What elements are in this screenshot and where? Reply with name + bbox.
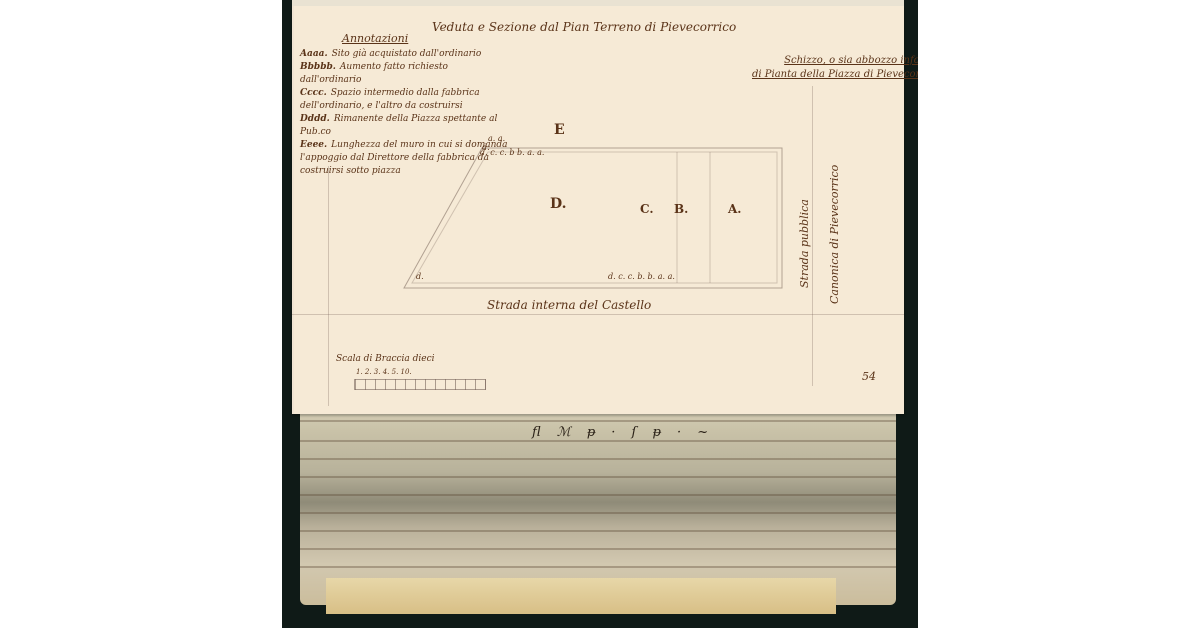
annotation-item: Dddd.Rimanente della Piazza spettante al… <box>300 113 510 139</box>
plan-marks-top-e: a. a. <box>488 134 505 143</box>
plan-marks-bottom: d. c. c. b. b. a. a. <box>608 272 675 281</box>
plan-corner-bottom-left: d. <box>416 272 424 281</box>
scale-label: Scala di Braccia dieci <box>336 354 435 364</box>
margin-rule <box>328 166 329 406</box>
book-cover-edge <box>326 578 836 614</box>
annotation-item: Aaaa.Sito già acquistato dall'ordinario <box>300 48 510 61</box>
plan-label-e: E <box>554 122 565 138</box>
road-label-bottom: Strada interna del Castello <box>487 298 651 312</box>
vertical-rule <box>812 86 813 386</box>
road-label-right: Strada pubblica <box>798 199 811 288</box>
plan-label-c: C. <box>640 202 654 216</box>
annotations-heading: Annotazioni <box>342 32 408 45</box>
sketch-title: Schizzo, o sia abbozzo informe di Pianta… <box>752 54 918 82</box>
plan-label-b: B. <box>674 202 688 216</box>
scale-bar <box>354 379 486 390</box>
page-edge-marks: ﬂ ℳ ᵽ · ſ ᵽ · ~ <box>532 425 714 440</box>
document-title: Veduta e Sezione dal Pian Terreno di Pie… <box>432 20 736 34</box>
manuscript-photo: ﬂ ℳ ᵽ · ſ ᵽ · ~ Veduta e Sezione dal Pia… <box>282 0 918 628</box>
plan-label-a: A. <box>728 202 742 216</box>
scale-numbers: 1. 2. 3. 4. 5. 10. <box>356 368 412 376</box>
canonica-label: Canonica di Pievecorrico <box>828 165 841 304</box>
plan-corner-top-left: d. <box>482 143 490 152</box>
annotation-item: Bbbbb.Aumento fatto richiesto dall'ordin… <box>300 61 510 87</box>
annotation-item: Cccc.Spazio intermedio dalla fabbrica de… <box>300 87 510 113</box>
plan-label-d: D. <box>550 196 567 212</box>
manuscript-page: Veduta e Sezione dal Pian Terreno di Pie… <box>292 6 904 414</box>
folio-number: 54 <box>862 370 876 383</box>
